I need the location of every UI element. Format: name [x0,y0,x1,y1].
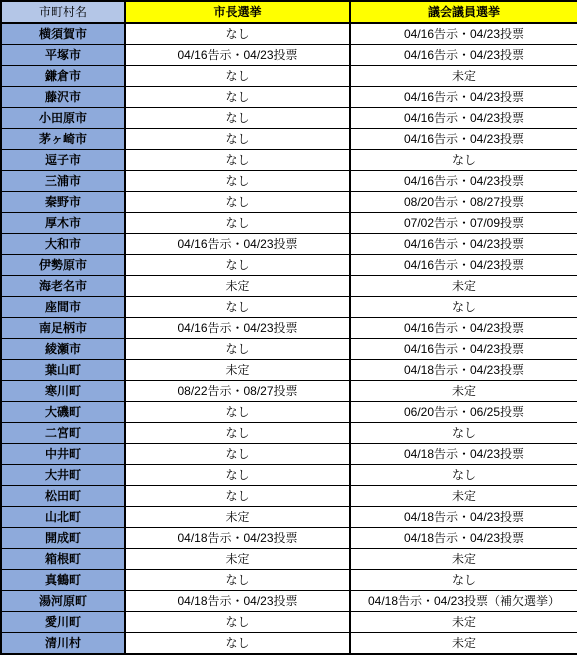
mayoral-election-cell: なし [125,486,350,507]
council-election-cell: 未定 [350,612,577,633]
table-row: 小田原市なし04/16告示・04/23投票 [1,108,577,129]
mayoral-election-cell: 未定 [125,276,350,297]
mayoral-election-cell: 04/18告示・04/23投票 [125,591,350,612]
table-row: 二宮町なしなし [1,423,577,444]
mayoral-election-cell: 04/16告示・04/23投票 [125,234,350,255]
municipality-name-cell: 平塚市 [1,45,125,66]
mayoral-election-header: 市長選挙 [125,1,350,23]
table-row: 厚木市なし07/02告示・07/09投票 [1,213,577,234]
mayoral-election-cell: 04/16告示・04/23投票 [125,45,350,66]
mayoral-election-cell: なし [125,423,350,444]
table-row: 茅ヶ崎市なし04/16告示・04/23投票 [1,129,577,150]
municipality-name-cell: 愛川町 [1,612,125,633]
municipality-name-cell: 中井町 [1,444,125,465]
municipality-name-cell: 大和市 [1,234,125,255]
mayoral-election-cell: なし [125,23,350,45]
table-row: 清川村なし未定 [1,633,577,655]
mayoral-election-cell: なし [125,150,350,171]
council-election-cell: 04/16告示・04/23投票 [350,171,577,192]
council-election-cell: 04/16告示・04/23投票 [350,129,577,150]
municipality-name-cell: 松田町 [1,486,125,507]
council-election-cell: 04/18告示・04/23投票 [350,528,577,549]
council-election-cell: 06/20告示・06/25投票 [350,402,577,423]
municipality-name-cell: 真鶴町 [1,570,125,591]
table-row: 湯河原町04/18告示・04/23投票04/18告示・04/23投票（補欠選挙） [1,591,577,612]
council-election-cell: なし [350,465,577,486]
table-row: 大和市04/16告示・04/23投票04/16告示・04/23投票 [1,234,577,255]
council-election-cell: 未定 [350,549,577,570]
mayoral-election-cell: なし [125,129,350,150]
municipality-name-cell: 二宮町 [1,423,125,444]
council-election-cell: 08/20告示・08/27投票 [350,192,577,213]
table-row: 山北町未定04/18告示・04/23投票 [1,507,577,528]
table-row: 横須賀市なし04/16告示・04/23投票 [1,23,577,45]
mayoral-election-cell: なし [125,66,350,87]
council-election-cell: 04/18告示・04/23投票（補欠選挙） [350,591,577,612]
municipality-name-cell: 横須賀市 [1,23,125,45]
municipality-name-cell: 寒川町 [1,381,125,402]
council-election-cell: 07/02告示・07/09投票 [350,213,577,234]
mayoral-election-cell: なし [125,255,350,276]
municipality-name-cell: 藤沢市 [1,87,125,108]
table-row: 中井町なし04/18告示・04/23投票 [1,444,577,465]
council-election-cell: 04/18告示・04/23投票 [350,444,577,465]
table-row: 松田町なし未定 [1,486,577,507]
municipality-name-cell: 湯河原町 [1,591,125,612]
table-header-row: 市町村名 市長選挙 議会議員選挙 [1,1,577,23]
table-row: 伊勢原市なし04/16告示・04/23投票 [1,255,577,276]
mayoral-election-cell: なし [125,402,350,423]
council-election-cell: 04/16告示・04/23投票 [350,23,577,45]
mayoral-election-cell: なし [125,171,350,192]
mayoral-election-cell: 04/18告示・04/23投票 [125,528,350,549]
council-election-cell: 未定 [350,276,577,297]
table-row: 三浦市なし04/16告示・04/23投票 [1,171,577,192]
mayoral-election-cell: 04/16告示・04/23投票 [125,318,350,339]
council-election-cell: なし [350,297,577,318]
table-row: 開成町04/18告示・04/23投票04/18告示・04/23投票 [1,528,577,549]
council-election-cell: 未定 [350,66,577,87]
municipality-name-cell: 山北町 [1,507,125,528]
municipality-name-cell: 三浦市 [1,171,125,192]
table-row: 葉山町未定04/18告示・04/23投票 [1,360,577,381]
table-row: 大磯町なし06/20告示・06/25投票 [1,402,577,423]
table-row: 鎌倉市なし未定 [1,66,577,87]
council-election-cell: 04/16告示・04/23投票 [350,339,577,360]
table-row: 海老名市未定未定 [1,276,577,297]
table-row: 寒川町08/22告示・08/27投票未定 [1,381,577,402]
mayoral-election-cell: なし [125,633,350,655]
municipality-name-cell: 座間市 [1,297,125,318]
table-row: 南足柄市04/16告示・04/23投票04/16告示・04/23投票 [1,318,577,339]
election-schedule-table: 市町村名 市長選挙 議会議員選挙 横須賀市なし04/16告示・04/23投票平塚… [0,0,577,655]
municipality-name-cell: 南足柄市 [1,318,125,339]
council-election-cell: 04/16告示・04/23投票 [350,45,577,66]
table-row: 藤沢市なし04/16告示・04/23投票 [1,87,577,108]
council-election-cell: 04/18告示・04/23投票 [350,360,577,381]
council-election-cell: 04/16告示・04/23投票 [350,255,577,276]
mayoral-election-cell: なし [125,192,350,213]
municipality-name-cell: 茅ヶ崎市 [1,129,125,150]
council-election-cell: 04/16告示・04/23投票 [350,318,577,339]
table-row: 逗子市なしなし [1,150,577,171]
council-election-cell: 未定 [350,486,577,507]
mayoral-election-cell: 未定 [125,360,350,381]
mayoral-election-cell: なし [125,612,350,633]
council-election-header: 議会議員選挙 [350,1,577,23]
mayoral-election-cell: なし [125,465,350,486]
council-election-cell: 04/16告示・04/23投票 [350,108,577,129]
mayoral-election-cell: なし [125,108,350,129]
municipality-name-cell: 大磯町 [1,402,125,423]
municipality-name-cell: 伊勢原市 [1,255,125,276]
mayoral-election-cell: なし [125,570,350,591]
council-election-cell: 未定 [350,633,577,655]
council-election-cell: 04/18告示・04/23投票 [350,507,577,528]
mayoral-election-cell: なし [125,87,350,108]
municipality-name-cell: 綾瀬市 [1,339,125,360]
municipality-name-cell: 大井町 [1,465,125,486]
council-election-cell: 04/16告示・04/23投票 [350,87,577,108]
municipality-name-cell: 葉山町 [1,360,125,381]
mayoral-election-cell: なし [125,213,350,234]
municipality-name-header: 市町村名 [1,1,125,23]
mayoral-election-cell: なし [125,339,350,360]
mayoral-election-cell: 未定 [125,507,350,528]
table-row: 秦野市なし08/20告示・08/27投票 [1,192,577,213]
mayoral-election-cell: なし [125,297,350,318]
table-row: 平塚市04/16告示・04/23投票04/16告示・04/23投票 [1,45,577,66]
mayoral-election-cell: なし [125,444,350,465]
table-row: 愛川町なし未定 [1,612,577,633]
municipality-name-cell: 逗子市 [1,150,125,171]
municipality-name-cell: 小田原市 [1,108,125,129]
table-row: 綾瀬市なし04/16告示・04/23投票 [1,339,577,360]
council-election-cell: なし [350,570,577,591]
mayoral-election-cell: 未定 [125,549,350,570]
council-election-cell: なし [350,150,577,171]
municipality-name-cell: 箱根町 [1,549,125,570]
table-row: 座間市なしなし [1,297,577,318]
mayoral-election-cell: 08/22告示・08/27投票 [125,381,350,402]
table-row: 箱根町未定未定 [1,549,577,570]
table-row: 大井町なしなし [1,465,577,486]
election-table-body: 横須賀市なし04/16告示・04/23投票平塚市04/16告示・04/23投票0… [1,23,577,654]
municipality-name-cell: 秦野市 [1,192,125,213]
municipality-name-cell: 鎌倉市 [1,66,125,87]
council-election-cell: 04/16告示・04/23投票 [350,234,577,255]
council-election-cell: なし [350,423,577,444]
council-election-cell: 未定 [350,381,577,402]
municipality-name-cell: 海老名市 [1,276,125,297]
municipality-name-cell: 厚木市 [1,213,125,234]
municipality-name-cell: 開成町 [1,528,125,549]
municipality-name-cell: 清川村 [1,633,125,655]
table-row: 真鶴町なしなし [1,570,577,591]
